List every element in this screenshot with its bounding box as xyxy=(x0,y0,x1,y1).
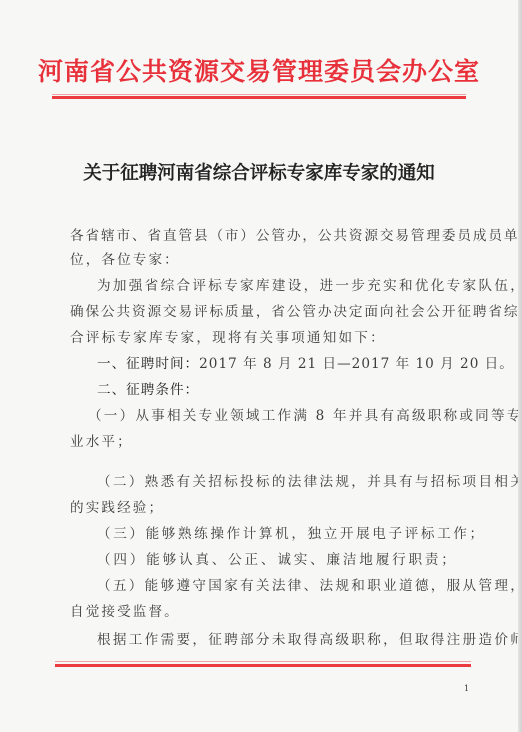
salutation-line-1: 各省辖市、省直管县（市）公管办，公共资源交易管理委员成员单 xyxy=(70,224,519,244)
condition-4: （四）能够认真、公正、诚实、廉洁地履行职责； xyxy=(97,548,458,568)
condition-2-line-2: 的实践经验； xyxy=(70,496,164,516)
section-1-recruitment-time: 一、征聘时间：2017 年 8 月 21 日—2017 年 10 月 20 日。 xyxy=(97,352,514,372)
header-rule-thin xyxy=(52,94,466,95)
section-2-heading: 二、征聘条件： xyxy=(97,382,199,398)
page-number: 1 xyxy=(464,684,469,693)
condition-3: （三）能够熟练操作计算机，独立开展电子评标工作； xyxy=(97,522,486,542)
section-1-dates: 2017 年 8 月 21 日—2017 年 10 月 20 日。 xyxy=(199,356,514,372)
footer-rule xyxy=(55,664,471,667)
condition-5-line-2: 自觉接受监督。 xyxy=(70,600,180,620)
footer-rule-thin xyxy=(55,661,471,662)
section-2-recruitment-conditions: 二、征聘条件： xyxy=(97,378,199,398)
salutation-line-2: 位，各位专家： xyxy=(70,248,180,268)
condition-1-line-2: 业水平； xyxy=(70,430,133,450)
section-1-heading: 一、征聘时间： xyxy=(97,356,199,372)
header-rule xyxy=(52,96,466,99)
condition-5-line-1: （五）能够遵守国家有关法律、法规和职业道德，服从管理， xyxy=(97,574,522,594)
condition-1-line-1: （一）从事相关专业领域工作满 8 年并具有高级职称或同等专 xyxy=(88,404,522,424)
document-page: 河南省公共资源交易管理委员会办公室 关于征聘河南省综合评标专家库专家的通知 各省… xyxy=(0,0,518,732)
page-edge-shadow xyxy=(518,0,522,732)
issuing-organization-header: 河南省公共资源交易管理委员会办公室 xyxy=(0,52,518,88)
intro-line-2: 确保公共资源交易评标质量，省公管办决定面向社会公开征聘省综 xyxy=(70,300,519,320)
condition-2-line-1: （二）熟悉有关招标投标的法律法规，并具有与招标项目相关 xyxy=(97,470,522,490)
intro-line-1: 为加强省综合评标专家库建设，进一步充实和优化专家队伍， xyxy=(97,274,522,294)
closing-paragraph-line: 根据工作需要，征聘部分未取得高级职称，但取得注册造价师 xyxy=(97,628,522,648)
document-title: 关于征聘河南省综合评标专家库专家的通知 xyxy=(0,159,518,185)
intro-line-3: 合评标专家库专家，现将有关事项通知如下： xyxy=(70,326,386,346)
